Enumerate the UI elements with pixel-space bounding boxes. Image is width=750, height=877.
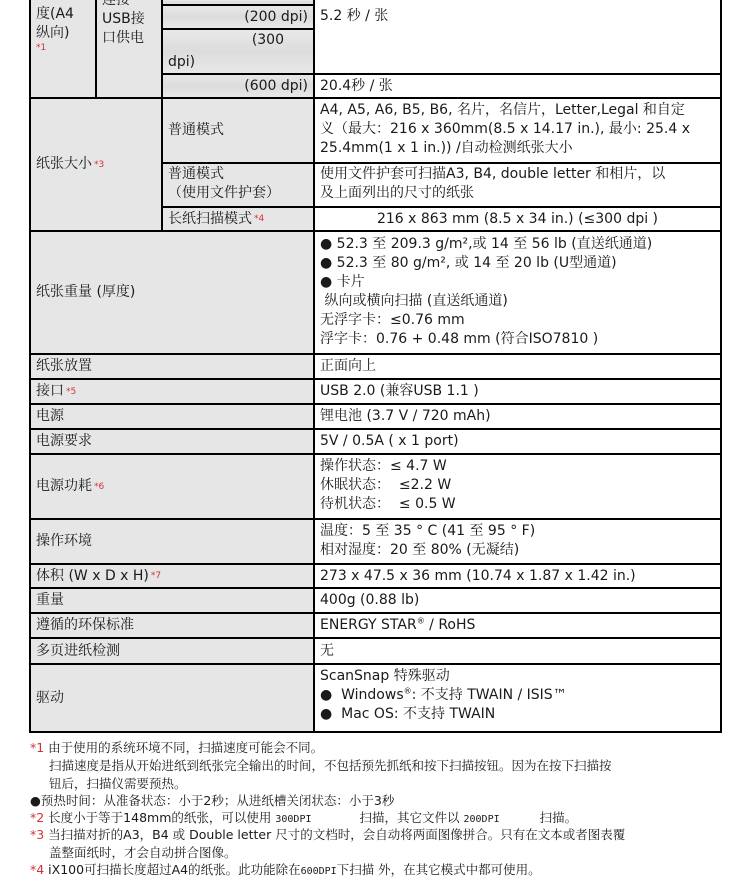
driver-line: ● Windows®: 不支持 TWAIN / ISIS™ [320,686,715,705]
environment-value: 温度：5 至 35 ° C (41 至 95 ° F) 相对湿度：20 至 80… [314,519,721,564]
paper-size-long-value: 216 x 863 mm (8.5 x 34 in.) (≤300 dpi ) [314,207,721,231]
dpi-cell-600: (600 dpi) [162,74,314,98]
row-divider [29,518,722,520]
row-label: 多页进纸检测 [36,642,120,661]
mode-long-text: 长纸扫描模式 [168,210,252,229]
table-border-bottom [29,731,722,733]
footnote-2-mark: *2 [30,810,44,825]
driver-line: ScanSnap 特殊驱动 [320,667,715,686]
value-line: A4, A5, A6, B5, B6, 名片，名信片，Letter,Legal … [320,101,715,120]
dpi-200-label: (200 dpi) [244,8,308,27]
footnote-4-mark: *4 [30,862,44,877]
sublabel-line: 连接 [102,0,156,10]
footnote-4-text: iX100可扫描长度超过A4的纸张。此功能除在 [44,862,300,877]
power-line: 待机状态： ≤ 0.5 W [320,495,715,514]
env-line: 温度：5 至 35 ° C (41 至 95 ° F) [320,522,715,541]
paper-size-label-text: 纸张大小 [36,155,92,174]
environment-label: 操作环境 [30,519,314,564]
value-line: 使用文件护套可扫描A3, B4, double letter 和相片，以 [320,165,715,184]
row-label: 重量 [36,591,64,610]
weight-value: 400g (0.88 lb) [314,588,721,613]
weight-line: 无浮字卡：≤0.76 mm [320,311,715,330]
row-divider [161,73,722,75]
power-source-label: 电源 [30,404,314,429]
row-divider [29,637,722,639]
row-divider [29,663,722,665]
footnote-2-dpi: 300DPI [275,814,311,825]
row-divider [29,612,722,614]
row-label: 驱动 [36,689,64,708]
col-divider [95,0,97,99]
row-divider [29,230,722,232]
weight-line: 纵向或横向扫描 (直送纸通道) [320,292,715,311]
speed-600-value: 20.4秒 / 张 [320,77,393,96]
power-line: 操作状态：≤ 4.7 W [320,457,715,476]
scan-speed-label-line: 纵向) [36,24,90,43]
row-divider [161,4,315,6]
driver-value: ScanSnap 特殊驱动 ● Windows®: 不支持 TWAIN / IS… [314,664,721,732]
row-value: 273 x 47.5 x 36 mm (10.74 x 1.87 x 1.42 … [320,567,636,586]
mode-normal-text: 普通模式 [168,121,224,140]
row-value: 锂电池 (3.7 V / 720 mAh) [320,407,491,426]
footnote-1-mark: *1 [30,740,44,755]
footnote-ref-1: *1 [36,43,46,53]
eco-standard-value: ENERGY STAR® / RoHS [314,613,721,638]
footnote-warmup: ●预热时间：从准备状态：小于2秒；从进纸槽关闭状态：小于3秒 [30,793,394,809]
footnote-2-text: 长度小于等于148mm的纸张，可以使用 [44,810,275,825]
paper-weight-value: ● 52.3 至 209.3 g/m²,或 14 至 56 lb (直送纸通道)… [314,231,721,354]
mode-carrier-line2: （使用文件护套） [168,184,308,203]
row-divider [29,563,722,565]
power-line: 休眠状态： ≤2.2 W [320,476,715,495]
paper-size-mode-normal: 普通模式 [162,98,314,163]
row-value: 400g (0.88 lb) [320,591,419,610]
paper-size-mode-carrier: 普通模式 （使用文件护套） [162,163,314,207]
row-divider [29,378,722,380]
footnote-2-text: 扫描，其它文件以 [360,810,464,825]
footnote-2-dpi: 200DPI [463,814,499,825]
paper-weight-label: 纸张重量 (厚度) [30,231,314,354]
footnote-1-line2: 扫描速度是指从开始进纸到纸张完全输出的时间，不包括预先抓纸和按下扫描按钮。因为在… [49,758,612,774]
row-divider [161,162,722,164]
weight-line: ● 52.3 至 209.3 g/m²,或 14 至 56 lb (直送纸通道) [320,235,715,254]
dpi-cell-300: (300 dpi) [162,29,314,74]
row-value: 正面向上 [320,357,376,376]
row-divider [29,428,722,430]
registered-mark: ® [417,616,425,625]
multifeed-value: 无 [314,638,721,664]
footnote-4-dpi: 600DPI [301,866,337,877]
eco-standard-label: 遵循的环保标准 [30,613,314,638]
paper-placement-value: 正面向上 [314,354,721,379]
power-consumption-label: 电源功耗*6 [30,454,314,519]
value-line: 义（最大：216 x 360mm(8.5 x 14.17 in.), 最小: 2… [320,120,715,139]
row-label: 纸张放置 [36,357,92,376]
row-label: 接口 [36,382,64,401]
row-label: 遵循的环保标准 [36,616,134,635]
weight-line: 浮字卡：0.76 + 0.48 mm (符合ISO7810 ) [320,330,715,349]
footnote-4: *4 iX100可扫描长度超过A4的纸张。此功能除在600DPI下扫描 外，在其… [30,862,541,877]
paper-size-label: 纸张大小*3 [30,98,162,231]
row-divider [29,453,722,455]
dimensions-label: 体积 (W x D x H)*7 [30,564,314,588]
speed-value-600: 20.4秒 / 张 [314,74,721,98]
mode-carrier-line1: 普通模式 [168,165,308,184]
row-label: 体积 (W x D x H) [36,567,149,586]
driver-label: 驱动 [30,664,314,732]
windows-text: ● Windows [320,687,404,703]
speed-200-value: 5.2 秒 / 张 [320,8,388,24]
col-divider [313,0,315,733]
footnote-3-text: 当扫描对折的A3，B4 或 Double letter 尺寸的文档时，会自动将两… [44,827,625,842]
dpi-300-line2: dpi) [168,53,308,72]
value-line: 及上面列出的尺寸的纸张 [320,184,715,203]
paper-placement-label: 纸张放置 [30,354,314,379]
value-line: 25.4mm(1 x 1 in.)) /自动检测纸张大小 [320,139,715,158]
row-label: 电源要求 [36,432,92,451]
row-value: 5V / 0.5A ( x 1 port) [320,432,459,451]
windows-driver-text: : 不支持 TWAIN / ISIS™ [412,687,567,703]
energy-star-text: ENERGY STAR [320,617,417,633]
paper-size-carrier-value: 使用文件护套可扫描A3, B4, double letter 和相片，以 及上面… [314,163,721,207]
weight-line: ● 卡片 [320,273,715,292]
row-value: 无 [320,642,334,661]
power-requirement-value: 5V / 0.5A ( x 1 port) [314,429,721,454]
footnote-3-mark: *3 [30,827,44,842]
driver-line: ● Mac OS: 不支持 TWAIN [320,705,715,724]
row-label: 电源 [36,407,64,426]
footnote-3-line1: *3 当扫描对折的A3，B4 或 Double letter 尺寸的文档时，会自… [30,827,625,843]
paper-size-mode-long: 长纸扫描模式*4 [162,207,314,231]
power-source-value: 锂电池 (3.7 V / 720 mAh) [314,404,721,429]
speed-value-200: 5.2 秒 / 张 [314,5,721,74]
power-consumption-value: 操作状态：≤ 4.7 W 休眠状态： ≤2.2 W 待机状态： ≤ 0.5 W [314,454,721,519]
sublabel-line: 口供电 [102,29,156,48]
rohs-text: / RoHS [425,617,476,633]
scan-speed-label: 扫描速 度(A4 纵向) *1 [30,0,96,98]
dpi-cell-200: (200 dpi) [162,5,314,29]
table-border-right [720,0,722,733]
dpi-300-line1: (300 [168,31,308,50]
scan-speed-sublabel: 连接 USB接 口供电 [96,0,162,98]
footnote-4-text: 下扫描 外，在其它模式中都可使用。 [337,862,541,877]
interface-label: 接口*5 [30,379,314,404]
multifeed-label: 多页进纸检测 [30,638,314,664]
footnote-3-line2: 盖整面纸时，才会自动拼合图像。 [49,845,237,861]
row-divider [161,28,315,30]
row-divider [29,587,722,589]
dpi-600-label: (600 dpi) [244,77,308,96]
weight-label: 重量 [30,588,314,613]
footnote-1-text: 由于使用的系统环境不同，扫描速度可能会不同。 [44,740,323,755]
dimensions-value: 273 x 47.5 x 36 mm (10.74 x 1.87 x 1.42 … [314,564,721,588]
row-divider [161,206,722,208]
env-line: 相对湿度：20 至 80% (无凝结) [320,541,715,560]
registered-mark: ® [404,686,412,695]
weight-line: ● 52.3 至 80 g/m², 或 14 至 20 lb (U型通道) [320,254,715,273]
row-divider [29,97,722,99]
footnote-2: *2 长度小于等于148mm的纸张，可以使用 300DPI扫描，其它文件以 20… [30,810,577,828]
row-value: USB 2.0 (兼容USB 1.1 ) [320,382,479,401]
footnote-2-text: 扫描。 [540,810,578,825]
row-divider [29,403,722,405]
row-divider [29,353,722,355]
footnote-1-line3: 钮后，扫描仪需要预热。 [49,776,187,792]
paper-weight-label-text: 纸张重量 (厚度) [36,283,135,302]
footnote-1-line1: *1 由于使用的系统环境不同，扫描速度可能会不同。 [30,740,323,756]
sublabel-line: USB接 [102,10,156,29]
table-border-left [29,0,31,733]
col-divider [161,0,163,232]
scan-speed-label-line: 度(A4 [36,5,90,24]
paper-size-normal-value: A4, A5, A6, B5, B6, 名片，名信片，Letter,Legal … [314,98,721,163]
row-label: 电源功耗 [36,477,92,496]
row-label: 操作环境 [36,532,92,551]
power-requirement-label: 电源要求 [30,429,314,454]
long-value-text: 216 x 863 mm (8.5 x 34 in.) (≤300 dpi ) [377,210,658,229]
interface-value: USB 2.0 (兼容USB 1.1 ) [314,379,721,404]
